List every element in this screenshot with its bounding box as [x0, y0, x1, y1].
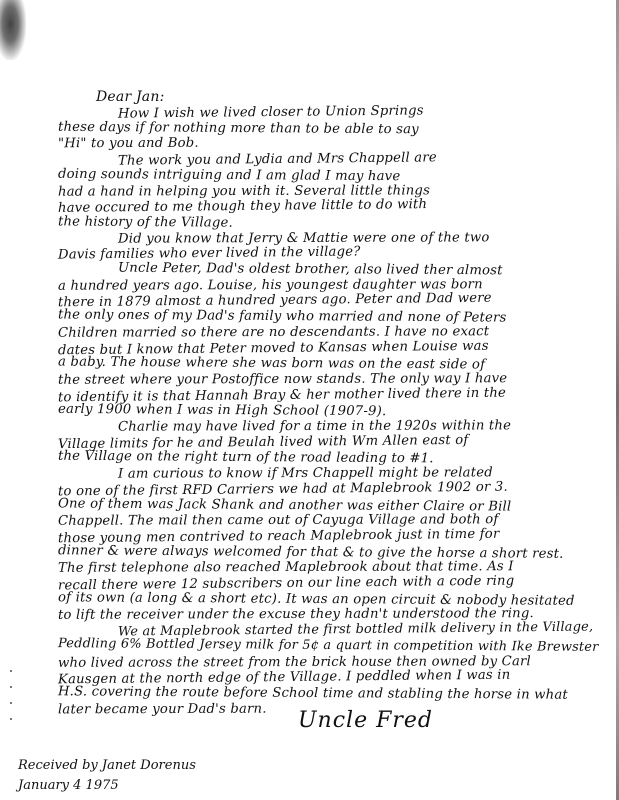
letter-line: the history of the Village.	[58, 215, 233, 229]
letter-line: have occured to me though they have litt…	[58, 198, 427, 215]
scan-dots	[10, 670, 14, 730]
received-note: Received by Janet Dorenus	[18, 758, 196, 773]
letter-line: to one of the first RFD Carriers we had …	[58, 480, 508, 498]
letter-line: early 1900 when I was in High School (19…	[58, 403, 386, 418]
letter-line: The first telephone also reached Maplebr…	[58, 561, 514, 576]
letter-line: One of them was Jack Shank and another w…	[58, 497, 511, 513]
letter-line: a baby. The house where she was born was…	[58, 356, 485, 372]
letter-line: Uncle Peter, Dad's oldest brother, also …	[118, 262, 503, 278]
letter-line: had a hand in helping you with it. Sever…	[58, 184, 430, 199]
letter-line: Davis families who ever lived in the vil…	[58, 246, 361, 262]
letter-line: "Hi" to you and Bob.	[58, 137, 199, 151]
letter-line: the Village on the right turn of the roa…	[58, 450, 434, 466]
scan-smudge	[0, 0, 26, 60]
letter-line: a hundred years ago. Louise, his younges…	[58, 278, 483, 293]
letter-page: Dear Jan: How I wish we lived closer to …	[0, 0, 619, 800]
letter-line: Chappell. The mail then came out of Cayu…	[58, 513, 498, 528]
letter-line: Did you know that Jerry & Mattie were on…	[118, 231, 490, 246]
letter-line: The work you and Lydia and Mrs Chappell …	[118, 151, 437, 168]
letter-line: of its own (a long & a short etc). It wa…	[58, 591, 575, 608]
letter-line: the street where your Postoffice now sta…	[58, 372, 507, 387]
letter-line: Children married so there are no descend…	[58, 325, 489, 340]
letter-line: I am curious to know if Mrs Chappell mig…	[118, 466, 493, 481]
signature: Uncle Fred	[298, 708, 433, 733]
letter-line: doing sounds intriguing and I am glad I …	[58, 168, 400, 184]
letter-line: these days if for nothing more than to b…	[58, 120, 419, 136]
letter-line: Charlie may have lived for a time in the…	[118, 419, 511, 434]
letter-line: the only ones of my Dad's family who mar…	[58, 309, 507, 325]
letter-line: How I wish we lived closer to Union Spri…	[118, 104, 424, 120]
received-date: January 4 1975	[18, 778, 119, 793]
letter-line: dinner & were always welcomed for that &…	[58, 544, 564, 561]
letter-line: H.S. covering the route before School ti…	[58, 685, 568, 702]
letter-line: later became your Dad's barn.	[58, 702, 267, 716]
salutation: Dear Jan:	[96, 90, 165, 104]
letter-line: Peddling 6% Bottled Jersey milk for 5¢ a…	[58, 638, 599, 655]
